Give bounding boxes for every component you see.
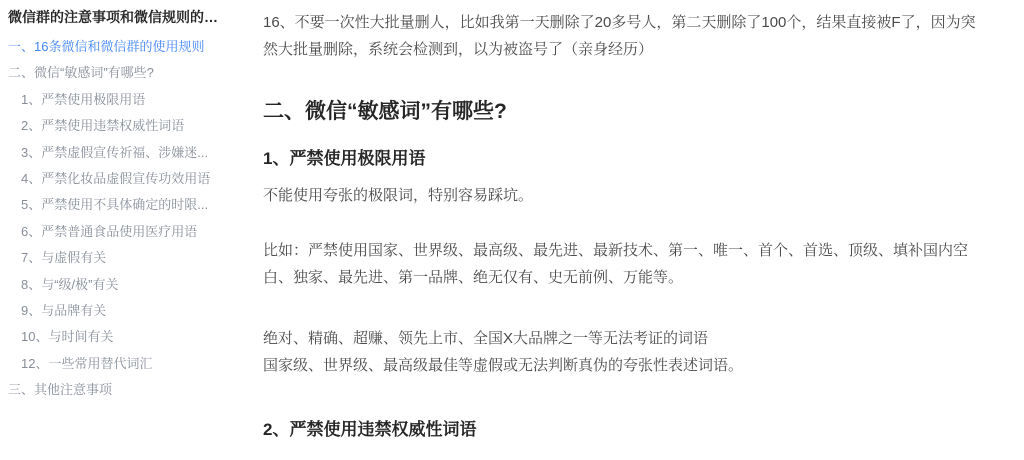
toc-item-rule-3[interactable]: 3、严禁虚假宣传祈福、涉嫌迷...: [8, 140, 255, 166]
toc-item-rule-5[interactable]: 5、严禁使用不具体确定的时限...: [8, 192, 255, 218]
paragraph-rule-16: 16、不要一次性大批量删人，比如我第一天删除了20多号人，第二天删除了100个，…: [263, 9, 988, 63]
section-2-heading: 二、微信“敏感词”有哪些?: [263, 99, 988, 125]
toc-item-chapter-1[interactable]: 一、16条微信和微信群的使用规则: [8, 34, 255, 60]
paragraph-exaggerated-words: 国家级、世界级、最高级最佳等虚假或无法判断真伪的夸张性表述词语。: [263, 352, 988, 379]
toc-item-rule-8[interactable]: 8、与“级/极”有关: [8, 272, 255, 298]
paragraph-examples: 比如：严禁使用国家、世界级、最高级、最先进、最新技术、第一、唯一、首个、首选、顶…: [263, 237, 988, 291]
document-page: 微信群的注意事项和微信规则的… 一、16条微信和微信群的使用规则 二、微信“敏感…: [0, 0, 1024, 460]
subsection-2-heading: 2、严禁使用违禁权威性词语: [263, 419, 988, 440]
toc-nav: 一、16条微信和微信群的使用规则 二、微信“敏感词”有哪些? 1、严禁使用极限用…: [8, 34, 255, 403]
toc-item-rule-6[interactable]: 6、严禁普通食品使用医疗用语: [8, 219, 255, 245]
toc-sidebar: 微信群的注意事项和微信规则的… 一、16条微信和微信群的使用规则 二、微信“敏感…: [0, 0, 263, 460]
toc-item-rule-2[interactable]: 2、严禁使用违禁权威性词语: [8, 113, 255, 139]
toc-item-rule-1[interactable]: 1、严禁使用极限用语: [8, 87, 255, 113]
paragraph-unverifiable-words: 绝对、精确、超赚、领先上市、全国X大品牌之一等无法考证的词语: [263, 325, 988, 352]
paragraph-intro: 不能使用夸张的极限词，特别容易踩坑。: [263, 182, 988, 209]
subsection-1-heading: 1、严禁使用极限用语: [263, 148, 988, 169]
toc-item-rule-10[interactable]: 10、与时间有关: [8, 324, 255, 350]
toc-item-chapter-2[interactable]: 二、微信“敏感词”有哪些?: [8, 60, 255, 86]
toc-title[interactable]: 微信群的注意事项和微信规则的…: [8, 8, 255, 27]
article-content: 16、不要一次性大批量删人，比如我第一天删除了20多号人，第二天删除了100个，…: [263, 0, 988, 460]
toc-item-rule-9[interactable]: 9、与品牌有关: [8, 298, 255, 324]
toc-item-chapter-3[interactable]: 三、其他注意事项: [8, 377, 255, 403]
toc-item-rule-4[interactable]: 4、严禁化妆品虚假宣传功效用语: [8, 166, 255, 192]
toc-item-rule-12[interactable]: 12、一些常用替代词汇: [8, 351, 255, 377]
toc-item-rule-7[interactable]: 7、与虚假有关: [8, 245, 255, 271]
